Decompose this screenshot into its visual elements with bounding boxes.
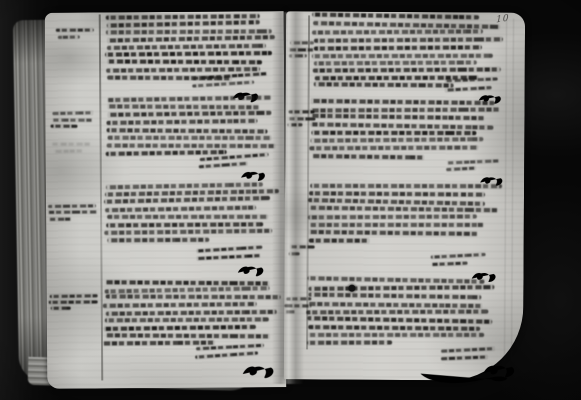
margin-note bbox=[48, 294, 100, 310]
manuscript-entry bbox=[105, 96, 277, 156]
ink-blot bbox=[348, 285, 355, 292]
page-fold-line bbox=[511, 19, 514, 361]
manuscript-entry bbox=[307, 183, 501, 243]
signature bbox=[440, 348, 502, 360]
signature bbox=[191, 74, 267, 86]
photo-background: 10 bbox=[0, 0, 581, 400]
signature bbox=[198, 155, 270, 167]
margin-note bbox=[288, 41, 314, 57]
signature bbox=[444, 78, 500, 91]
right-page: 10 bbox=[284, 11, 525, 380]
pen-swash-icon bbox=[412, 370, 518, 387]
signature bbox=[194, 247, 270, 259]
signature-rubric-icon bbox=[236, 262, 266, 280]
manuscript-entry bbox=[306, 277, 498, 345]
signature-rubric-icon bbox=[241, 360, 277, 384]
left-page bbox=[45, 11, 287, 389]
manuscript-entry bbox=[105, 14, 277, 80]
manuscript-entry bbox=[312, 13, 502, 87]
margin-note bbox=[55, 28, 95, 38]
signature bbox=[431, 254, 491, 266]
margin-note-bleedthrough bbox=[52, 142, 96, 152]
margin-note bbox=[287, 245, 313, 256]
margin-note bbox=[49, 111, 95, 128]
manuscript-entry bbox=[104, 183, 278, 242]
manuscript-entry bbox=[309, 99, 501, 159]
signature bbox=[445, 160, 499, 171]
signature bbox=[195, 345, 275, 357]
margin-note bbox=[47, 204, 97, 221]
manuscript-entry bbox=[103, 280, 279, 345]
